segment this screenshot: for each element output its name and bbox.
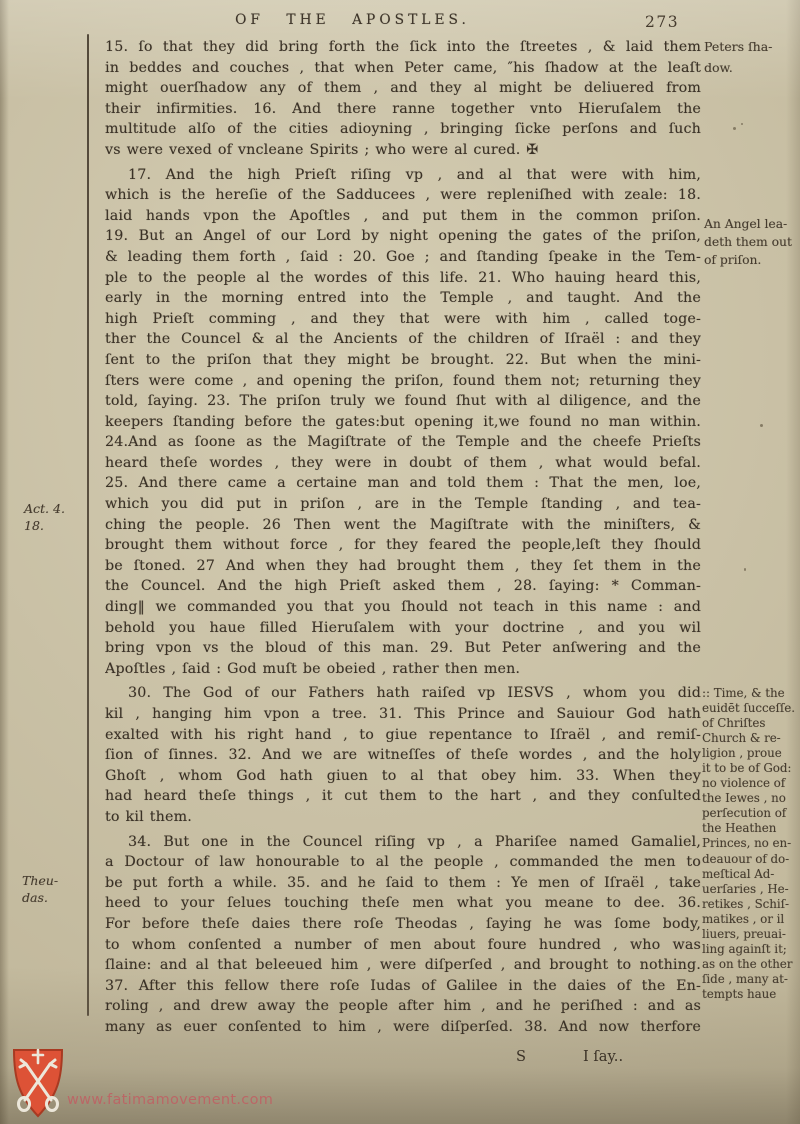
text-line: Princes, no en- (702, 836, 799, 851)
text-line: be ſtoned. 27 And when they had brought … (105, 556, 701, 577)
signature-mark: S (516, 1048, 526, 1065)
text-line: For before theſe daies there roſe Theoda… (105, 914, 701, 935)
text-line: the Heathen (702, 821, 799, 836)
text-line: ſlaine: and al that beleeued him , were … (105, 955, 701, 976)
text-line: it to be of God: (702, 761, 799, 776)
text-line: liuers, preuai- (702, 927, 799, 942)
text-line: tempts haue (702, 987, 799, 1002)
paragraph-verse-34: 34. But one in the Councel riſing vp , a… (105, 832, 701, 1038)
text-line: ding‖ we commanded you that you ſhould n… (105, 597, 701, 618)
text-line: retikes , Schiſ- (702, 897, 799, 912)
text-line: brought them without force , for they fe… (105, 535, 701, 556)
column-rule (87, 34, 89, 1016)
text-line: ſide , many at- (702, 972, 799, 987)
ink-speck (760, 424, 763, 427)
main-text-block: 15. ſo that they did bring forth the ſic… (105, 37, 701, 1038)
text-line: which you did put in priſon , are in the… (105, 494, 701, 515)
paragraph-verse-17: 17. And the high Prieſt riſing vp , and … (105, 165, 701, 680)
text-line: might ouerſhadow any of them , and they … (105, 78, 701, 99)
text-line: of Chriſtes (702, 716, 799, 731)
text-line: perſecution of (702, 806, 799, 821)
text-line: dow. (704, 58, 800, 79)
text-line: bring vpon vs the bloud of this man. 29.… (105, 638, 701, 659)
margin-note-church-successe: :: Time, & theeuidēt ſucceſſe.of Chriſte… (702, 686, 799, 1002)
text-line: heed to your ſelues touching theſe men w… (105, 893, 701, 914)
text-line: 19. But an Angel of our Lord by night op… (105, 226, 701, 247)
text-line: a Doctour of law honourable to al the pe… (105, 852, 701, 873)
text-line: deth them out (704, 233, 800, 251)
margin-note-theudas: Theu-das. (22, 872, 84, 906)
text-line: ling againſt it; (702, 942, 799, 957)
text-line: deauour of do- (702, 852, 799, 867)
text-line: ſent to the priſon that they might be br… (105, 350, 701, 371)
text-line: to kil them. (105, 807, 701, 828)
text-line: 24.And as ſoone as the Magiſtrate of the… (105, 432, 701, 453)
text-line: 34. But one in the Councel riſing vp , a… (105, 832, 701, 853)
text-line: 25. And there came a certaine man and to… (105, 473, 701, 494)
text-line: ſters were come , and opening the priſon… (105, 371, 701, 392)
text-line: ſion of ſinnes. 32. And we are witneſſes… (105, 745, 701, 766)
watermark-url-text: www.fatimamovement.com (67, 1092, 273, 1108)
text-line: :: Time, & the (702, 686, 799, 701)
catchword: I ſay.. (583, 1048, 623, 1065)
text-line: their infirmities. 16. And there ranne t… (105, 99, 701, 120)
text-line: had heard theſe things , it cut them to … (105, 786, 701, 807)
text-line: ther the Councel & al the Ancients of th… (105, 329, 701, 350)
text-line: heard theſe wordes , they were in doubt … (105, 453, 701, 474)
ink-speck (741, 123, 743, 125)
paragraph-verse-15: 15. ſo that they did bring forth the ſic… (105, 37, 701, 161)
scanned-book-page: OF THE APOSTLES. 273 15. ſo that they di… (0, 0, 800, 1124)
text-line: Ghoſt , whom God hath giuen to al that o… (105, 766, 701, 787)
text-line: 37. After this fellow there roſe Iudas o… (105, 976, 701, 997)
text-line: behold you haue filled Hieruſalem with y… (105, 618, 701, 639)
text-line: & leading them forth , ſaid : 20. Goe ; … (105, 247, 701, 268)
text-line: high Prieſt comming , and they that were… (105, 309, 701, 330)
text-line: exalted with his right hand , to giue re… (105, 725, 701, 746)
page-number: 273 (645, 13, 679, 31)
text-line: laid hands vpon the Apoſtles , and put t… (105, 206, 701, 227)
text-line: Act. 4. (24, 500, 86, 517)
text-line: Church & re- (702, 731, 799, 746)
text-line: in beddes and couches , that when Peter … (105, 58, 701, 79)
text-line: ple to the people al the wordes of this … (105, 268, 701, 289)
text-line: meſtical Ad- (702, 867, 799, 882)
margin-note-peters-shadow: Peters ſha-dow. (704, 37, 800, 78)
text-line: roling , and drew away the people after … (105, 996, 701, 1017)
text-line: An Angel lea- (704, 215, 800, 233)
text-line: das. (22, 889, 84, 906)
text-line: ching the people. 26 Then went the Magiſ… (105, 515, 701, 536)
text-line: 17. And the high Prieſt riſing vp , and … (105, 165, 701, 186)
ink-speck (733, 127, 736, 130)
text-line: be put forth a while. 35. and he ſaid to… (105, 873, 701, 894)
text-line: vs were vexed of vncleane Spirits ; who … (105, 140, 701, 161)
text-line: uerſaries , He- (702, 882, 799, 897)
text-line: as on the other (702, 957, 799, 972)
text-line: the Iewes , no (702, 791, 799, 806)
text-line: 18. (24, 517, 86, 534)
paragraph-verse-30: 30. The God of our Fathers hath raiſed v… (105, 683, 701, 827)
text-line: many as euer conſented to him , were diſ… (105, 1017, 701, 1038)
text-line: 15. ſo that they did bring forth the ſic… (105, 37, 701, 58)
text-line: 30. The God of our Fathers hath raiſed v… (105, 683, 701, 704)
ink-speck (744, 568, 746, 571)
text-line: the Councel. And the high Prieſt asked t… (105, 576, 701, 597)
text-line: of priſon. (704, 251, 800, 269)
text-line: ligion , proue (702, 746, 799, 761)
text-line: keepers ſtanding before the gates:but op… (105, 412, 701, 433)
text-line: matikes , or il (702, 912, 799, 927)
signature-line: S I ſay.. (105, 1048, 701, 1070)
text-line: kil , hanging him vpon a tree. 31. This … (105, 704, 701, 725)
text-line: which is the hereſie of the Sadducees , … (105, 185, 701, 206)
text-line: Apoſtles , ſaid : God muſt be obeied , r… (105, 659, 701, 680)
margin-note-angel-prison: An Angel lea-deth them outof priſon. (704, 215, 800, 269)
text-line: to whom conſented a number of men about … (105, 935, 701, 956)
text-line: Peters ſha- (704, 37, 800, 58)
text-line: early in the morning entred into the Tem… (105, 288, 701, 309)
text-line: euidēt ſucceſſe. (702, 701, 799, 716)
margin-note-acts-reference: Act. 4.18. (24, 500, 86, 534)
papal-crossed-keys-crest-icon (10, 1047, 66, 1119)
running-header-title: OF THE APOSTLES. (55, 12, 650, 28)
text-line: no violence of (702, 776, 799, 791)
text-line: Theu- (22, 872, 84, 889)
text-line: multitude alſo of the cities adioyning ,… (105, 119, 701, 140)
text-line: told, ſaying. 23. The priſon truly we fo… (105, 391, 701, 412)
